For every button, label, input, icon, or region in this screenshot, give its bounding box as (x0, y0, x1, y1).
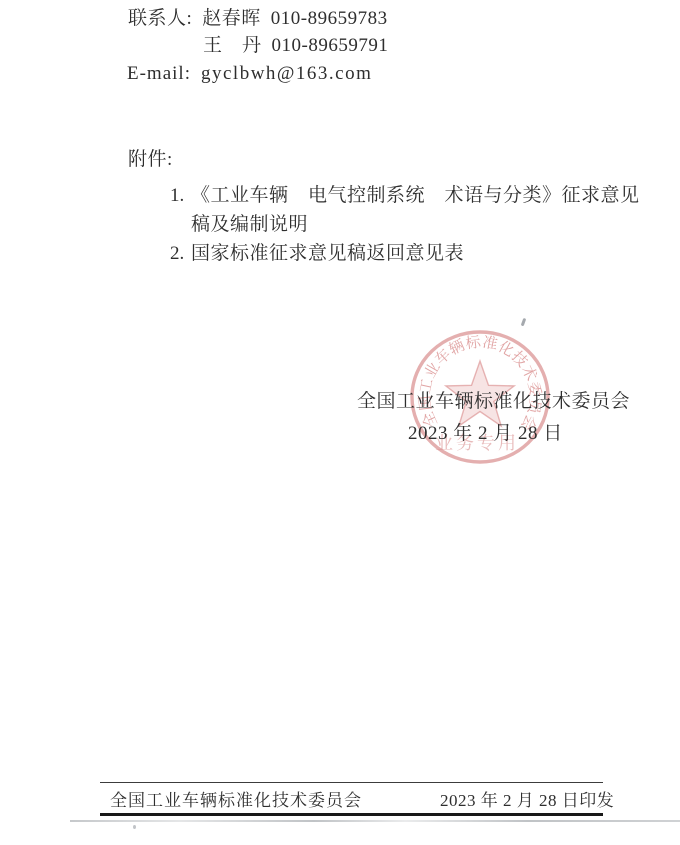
contact-label: 联系人: (128, 8, 192, 29)
email-address: gyclbwh@163.com (201, 63, 372, 84)
contact-name: 赵春晖 (202, 8, 261, 29)
footer-divider-bottom (100, 813, 603, 816)
contact-phone: 010-89659783 (271, 8, 388, 29)
contact-row: 王 丹010-89659791 (203, 34, 388, 58)
attachment-list-item: 1. 《工业车辆 电气控制系统 术语与分类》征求意见稿及编制说明 (170, 181, 641, 239)
footer-divider-top (100, 782, 603, 783)
email-label: E-mail: (127, 63, 191, 84)
signature-org: 全国工业车辆标准化技术委员会 (357, 390, 630, 414)
attachment-item-text: 《工业车辆 电气控制系统 术语与分类》征求意见稿及编制说明 (191, 181, 641, 239)
contact-name: 王 丹 (203, 35, 262, 56)
attachment-item-text: 国家标准征求意见稿返回意见表 (191, 239, 641, 268)
contact-phone: 010-89659791 (272, 35, 389, 56)
signature-date: 2023 年 2 月 28 日 (408, 422, 563, 446)
contact-row: 联系人:赵春晖010-89659783 (128, 7, 388, 31)
footer-org: 全国工业车辆标准化技术委员会 (110, 789, 362, 813)
scanned-document-page: 联系人:赵春晖010-89659783 王 丹010-89659791 E-ma… (0, 0, 680, 845)
footer-issue-note: 2023 年 2 月 28 日印发 (440, 789, 614, 813)
attachment-list-item: 2. 国家标准征求意见稿返回意见表 (170, 239, 641, 268)
attachment-item-number: 1. (170, 181, 191, 210)
scan-noise-speck (133, 825, 136, 829)
attachments-label: 附件: (128, 148, 173, 172)
scan-edge-shadow (70, 820, 680, 822)
email-row: E-mail:gyclbwh@163.com (127, 62, 372, 86)
attachment-item-number: 2. (170, 239, 191, 268)
